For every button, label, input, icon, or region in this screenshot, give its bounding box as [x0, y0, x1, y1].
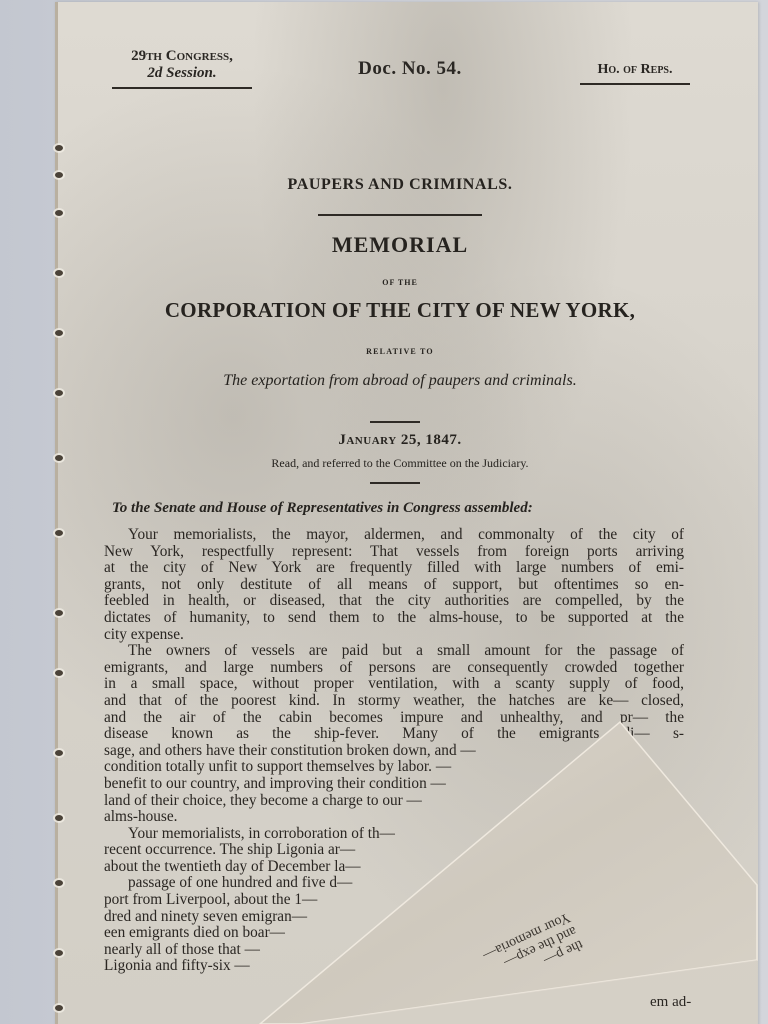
stitch-hole-icon [55, 815, 63, 821]
stitch-hole-icon [55, 670, 63, 676]
text-line: city expense. [104, 627, 684, 644]
referral-note: Read, and referred to the Committee on t… [100, 456, 700, 471]
text-line: dictates of humanity, to send them to th… [104, 610, 684, 627]
text-line: feebled in health, or diseased, that the… [104, 593, 684, 610]
text-line: recent occurrence. The ship Ligonia ar— [104, 842, 684, 859]
text-line: nearly all of those that — [104, 942, 684, 959]
paragraph-2: The owners of vessels are paid but a sma… [104, 643, 684, 826]
section-divider [318, 214, 482, 216]
text-line: The owners of vessels are paid but a sma… [104, 643, 684, 660]
text-line: and the air of the cabin becomes impure … [104, 710, 684, 727]
stitch-hole-icon [55, 750, 63, 756]
trailing-text-fragment: em ad- [650, 994, 691, 1011]
header-rule [112, 87, 252, 89]
topic-heading: PAUPERS AND CRIMINALS. [100, 176, 700, 194]
house-label: Ho. of Reps. [580, 62, 690, 85]
document-number: Doc. No. 54. [300, 58, 520, 80]
stitch-hole-icon [55, 610, 63, 616]
section-divider [370, 482, 420, 484]
text-line: Your memorialists, the mayor, aldermen, … [104, 527, 684, 544]
stitch-hole-icon [55, 1005, 63, 1011]
congress-session-label: 29th Congress, 2d Session. [112, 48, 252, 89]
text-line: alms-house. [104, 809, 684, 826]
text-line: emigrants, and large numbers of persons … [104, 660, 684, 677]
text-line: een emigrants died on boar— [104, 925, 684, 942]
stitch-hole-icon [55, 172, 63, 178]
text-line: benefit to our country, and improving th… [104, 776, 684, 793]
stitch-hole-icon [55, 390, 63, 396]
text-line: at the city of New York are frequently f… [104, 560, 684, 577]
stitch-hole-icon [55, 880, 63, 886]
house-of-representatives: Ho. of Reps. [580, 62, 690, 78]
section-divider [370, 421, 420, 423]
relative-to-label: RELATIVE TO [100, 347, 700, 356]
stitch-hole-icon [55, 950, 63, 956]
subject-line: The exportation from abroad of paupers a… [100, 372, 700, 390]
stitch-hole-icon [55, 210, 63, 216]
text-line: land of their choice, they become a char… [104, 793, 684, 810]
text-line: New York, respectfully represent: That v… [104, 544, 684, 561]
stitch-hole-icon [55, 455, 63, 461]
text-line: Your memorialists, in corroboration of t… [104, 826, 684, 843]
stitched-binding-edge [45, 110, 69, 1024]
stitch-hole-icon [55, 330, 63, 336]
salutation: To the Senate and House of Representativ… [112, 500, 692, 517]
document-date: January 25, 1847. [100, 432, 700, 449]
paragraph-1: Your memorialists, the mayor, aldermen, … [104, 527, 684, 643]
text-line: about the twentieth day of December la— [104, 859, 684, 876]
session-number: 2d Session. [112, 65, 252, 82]
memorial-body: Your memorialists, the mayor, aldermen, … [104, 527, 684, 975]
congress-number: 29th Congress, [112, 48, 252, 65]
text-line: and that of the poorest kind. In stormy … [104, 693, 684, 710]
paragraph-3: Your memorialists, in corroboration of t… [104, 826, 684, 975]
text-line: sage, and others have their constitution… [104, 743, 684, 760]
text-line: dred and ninety seven emigran— [104, 909, 684, 926]
text-line: grants, not only destitute of all means … [104, 577, 684, 594]
corporation-heading: CORPORATION OF THE CITY OF NEW YORK, [100, 298, 700, 323]
header-rule [580, 83, 690, 85]
text-line: in a small space, without proper ventila… [104, 676, 684, 693]
text-line: passage of one hundred and five d— [104, 875, 684, 892]
text-line: port from Liverpool, about the 1— [104, 892, 684, 909]
stitch-hole-icon [55, 530, 63, 536]
text-line: disease known as the ship-fever. Many of… [104, 726, 684, 743]
stitch-hole-icon [55, 145, 63, 151]
text-line: Ligonia and fifty-six — [104, 958, 684, 975]
stitch-hole-icon [55, 270, 63, 276]
of-the-label: OF THE [100, 278, 700, 287]
memorial-heading: MEMORIAL [100, 232, 700, 258]
text-line: condition totally unfit to support thems… [104, 759, 684, 776]
